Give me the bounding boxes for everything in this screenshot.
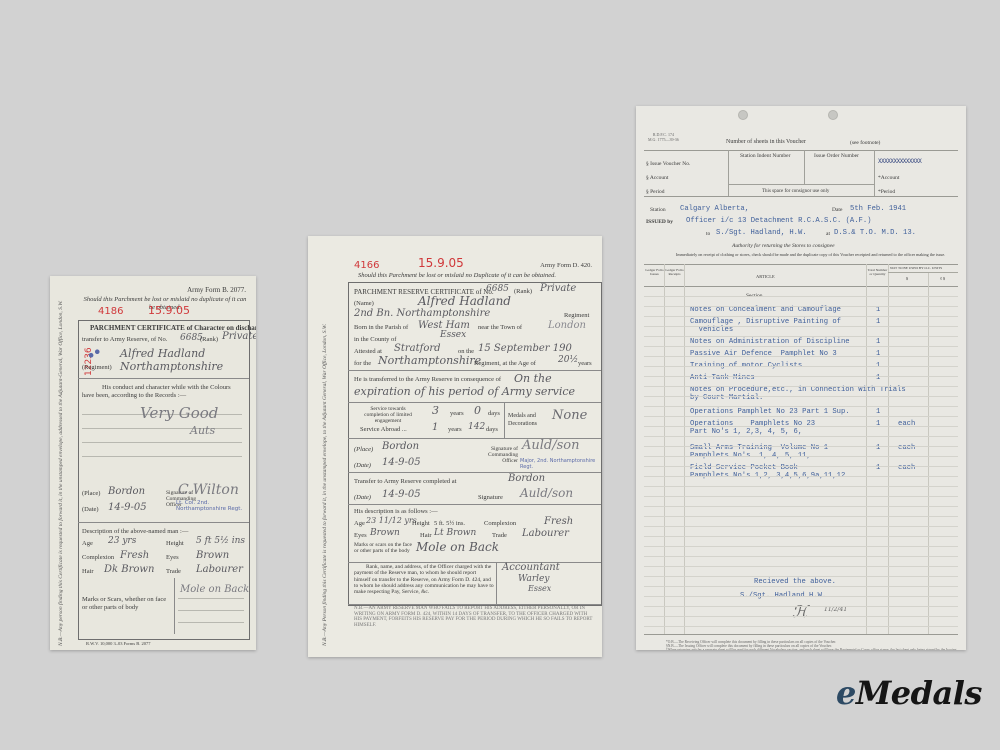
divider — [728, 150, 729, 196]
transfer-signature: Auld/son — [520, 486, 573, 500]
rule — [644, 466, 958, 467]
divider — [804, 150, 805, 184]
date-value: 14-9-05 — [382, 457, 421, 468]
article-quantity: 1 — [876, 408, 880, 416]
top-note: Should this Parchment be lost or mislaid… — [358, 272, 556, 280]
complexion-value: Fresh — [120, 550, 149, 561]
place-value: Bordon — [382, 441, 419, 452]
issued-by-label: ISSUED by — [646, 218, 673, 226]
signature-date: 11/2/41 — [824, 606, 847, 613]
rule — [644, 506, 958, 507]
service-days: 0 — [474, 404, 481, 417]
regiment-label: Regiment — [564, 312, 589, 320]
rule — [644, 476, 958, 477]
regiment-label: (Regiment) — [82, 364, 112, 372]
rule — [644, 356, 958, 357]
abroad-label: Service Abroad ... — [360, 426, 407, 434]
subcol-dollars: $ — [906, 276, 908, 281]
received-text: Recieved the above. — [754, 578, 836, 586]
marks-value: Mole on Back — [180, 584, 249, 595]
conduct-value: Very Good — [140, 404, 218, 422]
age-value: 23 yrs — [108, 536, 136, 546]
red-date: 15.9.05 — [148, 304, 190, 317]
authority-label: Authority for returning the Stores to co… — [732, 242, 835, 250]
col-header-quantity: Total Number or Quantity — [867, 268, 888, 276]
name-label: (Name) — [354, 300, 374, 308]
period-label: § Period — [646, 188, 665, 196]
date-label: (Date) — [354, 462, 371, 470]
trade-value: Labourer — [522, 528, 569, 539]
transfer-label: transfer to Army Reserve, of No. — [82, 336, 167, 344]
rule — [644, 326, 958, 327]
trade-value: Labourer — [196, 564, 243, 575]
co-label: Signature of Commanding Officer — [478, 446, 518, 464]
hair-value: Dk Brown — [104, 564, 154, 575]
rule — [644, 296, 958, 297]
service-label: Service towards completion of limited en… — [358, 406, 418, 424]
marks-label: Marks or scars on the face or other part… — [354, 542, 412, 554]
county-value: Essex — [440, 330, 466, 340]
age-label: Age — [82, 540, 93, 548]
col-header-not-used: NOT TO BE USED BY O.C. UNITS — [890, 266, 942, 270]
rule — [644, 426, 958, 427]
rule — [644, 396, 958, 397]
town-value: London — [548, 320, 586, 331]
rule — [644, 306, 958, 307]
account-label: § Account — [646, 174, 668, 182]
form-ref-line: M.G. 1775—39-36 — [648, 137, 679, 142]
rank-label: (Rank) — [514, 288, 532, 296]
regiment-value: Northamptonshire — [120, 360, 223, 373]
emedals-logo: eMedals — [836, 674, 982, 712]
to-value: S./Sgt. Hadland, H.W. — [716, 229, 807, 237]
co-signature: Auld/son — [522, 438, 580, 453]
service-years: 3 — [432, 404, 439, 417]
years-label: years — [578, 360, 592, 368]
officer-value-place: Warley — [518, 574, 549, 584]
medals-label: Medals and Decorations — [508, 412, 542, 428]
right-period-label: *Period — [878, 188, 895, 196]
transfer-place: Bordon — [508, 473, 545, 484]
rule — [644, 446, 958, 447]
right-account-label: *Account — [878, 174, 899, 182]
rule — [82, 442, 242, 443]
divider — [348, 562, 601, 563]
days-word: days — [488, 410, 500, 418]
medals-value: None — [552, 408, 587, 423]
col-line — [866, 264, 867, 634]
red-number: 4166 — [354, 260, 379, 271]
rule — [178, 610, 244, 611]
rule — [644, 366, 958, 367]
footnote-line: ‡When returning articles a separate shee… — [646, 648, 958, 650]
rule — [644, 596, 958, 597]
description-header: His description is as follows :— — [354, 508, 438, 516]
col-line — [684, 264, 685, 634]
divider — [348, 472, 601, 473]
attest-age-value: 20½ — [558, 355, 578, 365]
rule — [644, 536, 958, 537]
for-regiment: Northamptonshire — [378, 354, 481, 367]
footnote-ref: (see footnote) — [850, 139, 880, 147]
signature-label: Signature — [478, 494, 503, 502]
transfer-done-label: Transfer to Army Reserve completed at — [354, 478, 456, 486]
county-label: in the County of — [354, 336, 396, 344]
rule — [644, 416, 958, 417]
rule — [644, 576, 958, 577]
divider — [348, 370, 601, 371]
rule — [644, 566, 958, 567]
rule — [644, 456, 958, 457]
divider — [728, 184, 874, 185]
rule — [644, 496, 958, 497]
date-label: (Date) — [82, 506, 99, 514]
rule — [644, 406, 958, 407]
station-indent-label: Station Indent Number — [740, 152, 790, 160]
rank-label: (Rank) — [200, 336, 218, 344]
height-label: Height — [166, 540, 184, 548]
rule — [644, 376, 958, 377]
instruction-text: Immediately on receipt of clothing or st… — [646, 252, 956, 257]
divider — [348, 402, 601, 403]
attested-date: 15 September 190 — [478, 343, 572, 354]
rule — [644, 526, 958, 527]
transfer-date-label: (Date) — [354, 494, 371, 502]
red-date: 15.9.05 — [418, 256, 464, 270]
red-number: 4186 — [98, 306, 123, 317]
rank-value: Private — [540, 283, 576, 294]
form-number: Army Form B. 2077. — [187, 286, 246, 294]
years-word: years — [450, 410, 464, 418]
conduct-initials: Auts — [190, 424, 215, 437]
attest-age-label: Regiment, at the Age of — [474, 360, 536, 368]
printer-line: R.W.V. 10,000 3–03 Forms B. 2077 — [86, 640, 151, 648]
for-label: for the — [354, 360, 371, 368]
conduct-text: His conduct and character while with the… — [82, 384, 244, 400]
abroad-years: 1 — [432, 422, 438, 433]
hair-label: Hair — [420, 532, 432, 540]
date-label: Date — [832, 206, 842, 214]
article-name: Notes on Concealment and Camouflage — [690, 306, 841, 314]
place-value: Bordon — [108, 486, 145, 497]
article-name: Operations Pamphlets No 23 Part No's 1, … — [690, 420, 815, 436]
days-word: days — [486, 426, 498, 434]
col-line — [888, 264, 889, 634]
age-value: 23 11/12 yrs — [366, 516, 417, 525]
transfer-reason: On the expiration of his period of Army … — [354, 372, 594, 398]
hair-value: Lt Brown — [434, 528, 476, 538]
rule — [644, 586, 958, 587]
issue-order-label: Issue Order Number — [814, 152, 859, 160]
description-header: Description of the above-named man :— — [82, 528, 188, 536]
eyes-label: Eyes — [166, 554, 179, 562]
years-word: years — [448, 426, 462, 434]
rule — [644, 486, 958, 487]
complexion-value: Fresh — [544, 516, 573, 527]
rule — [82, 428, 242, 429]
article-quantity: 1 — [876, 318, 880, 326]
battalion-value: 2nd Bn. Northamptonshire — [354, 308, 490, 319]
rule — [82, 456, 242, 457]
table-top — [644, 264, 958, 265]
hair-label: Hair — [82, 568, 94, 576]
parchment-certificate-character: Army Form B. 2077. Should this Parchment… — [50, 276, 256, 650]
logo-prefix: e — [836, 674, 856, 712]
height-label: Height — [412, 520, 430, 528]
height-value: 5 ft. 5½ ins. — [434, 520, 465, 528]
col-line — [664, 264, 665, 634]
complexion-label: Complexion — [484, 520, 516, 528]
town-label: near the Town of — [478, 324, 522, 332]
divider — [174, 578, 175, 634]
rule — [644, 316, 958, 317]
marks-value: Mole on Back — [416, 540, 499, 554]
co-stamp: Lt. Col. 2nd. Northamptonshire Regt. — [176, 500, 256, 512]
rule — [644, 616, 958, 617]
table-header-bottom — [644, 286, 958, 287]
article-name: Operations Pamphlet No 23 Part 1 Sup. — [690, 408, 850, 416]
soldier-number: 6685 — [486, 284, 509, 294]
rule — [644, 346, 958, 347]
station-label: Station — [650, 206, 666, 214]
rank-value: Private — [222, 331, 256, 342]
rule — [644, 556, 958, 557]
trade-label: Trade — [166, 568, 181, 576]
officer-text: Rank, name, and address, of the Officer … — [354, 564, 494, 595]
subheader-line — [888, 272, 958, 273]
sheets-label: Number of sheets in this Voucher — [726, 138, 806, 146]
co-stamp: Major, 2nd. Northamptonshire Regt. — [520, 458, 602, 470]
article-quantity: 1 — [876, 338, 880, 346]
subcol-cents: ¢ $ — [940, 276, 945, 281]
divider — [78, 378, 249, 379]
divider — [348, 504, 601, 505]
attested-value: Stratford — [394, 343, 441, 354]
divider — [504, 402, 505, 438]
col-header-ledger-issues: Ledger Folio Issues — [645, 268, 664, 276]
born-label: Born in the Parish of — [354, 324, 408, 332]
marks-label: Marks or Scars, whether on face or other… — [82, 596, 172, 612]
side-note: N.B.—Any Person finding this Certificate… — [322, 266, 328, 646]
col-header-article: ARTICLE — [756, 274, 775, 279]
date-value: 14-9-05 — [108, 502, 147, 513]
complexion-label: Complexion — [82, 554, 114, 562]
trade-label: Trade — [492, 532, 507, 540]
article-name: Notes on Administration of Discipline — [690, 338, 850, 346]
form-reference: R.D.F.C. 174 M.G. 1775—39-36 — [648, 132, 679, 142]
soldier-name: Alfred Hadland — [120, 347, 205, 360]
article-quantity: 1 — [876, 306, 880, 314]
table-bottom — [644, 634, 958, 635]
receiver-signature: ℋ — [792, 602, 808, 621]
station-value: Calgary Alberta, — [680, 205, 749, 213]
issue-voucher: R.D.F.C. 174 M.G. 1775—39-36 Number of s… — [636, 106, 966, 650]
at-label: at — [826, 230, 830, 238]
divider — [496, 562, 497, 604]
rule — [644, 516, 958, 517]
age-label: Age — [354, 520, 365, 528]
footnotes: *O.B.—The Receiving Officer will complet… — [646, 640, 958, 650]
eyes-value: Brown — [370, 528, 400, 538]
side-note: N.B.—Any person finding this Certificate… — [58, 306, 64, 646]
eyes-label: Eyes — [354, 532, 367, 540]
punch-hole — [828, 110, 838, 120]
article-name: Notes on Procedure,etc., in Connection W… — [690, 386, 906, 402]
co-signature: C.Wilton — [178, 482, 239, 498]
transfer-date: 14-9-05 — [382, 489, 421, 500]
height-value: 5 ft 5½ ins — [196, 536, 245, 546]
place-label: (Place) — [82, 490, 100, 498]
officer-value-county: Essex — [528, 584, 551, 593]
officer-value-rank: Accountant — [502, 562, 560, 573]
soldier-name: Alfred Hadland — [418, 294, 511, 308]
col-header-ledger-receipts: Ledger Folio Receipts — [665, 268, 684, 276]
divider — [874, 150, 875, 196]
issue-voucher-label: § Issue Voucher No. — [646, 160, 690, 168]
punch-hole — [738, 110, 748, 120]
nb-text: N.B.—AN ARMY RESERVE MAN WHO FAILS TO RE… — [354, 606, 594, 628]
place-label: (Place) — [354, 446, 373, 454]
eyes-value: Brown — [196, 550, 229, 561]
logo-name: Medals — [856, 674, 982, 712]
rule — [178, 622, 244, 623]
struck-out-voucher: XXXXXXXXXXXXXX — [878, 158, 921, 166]
rule — [644, 436, 958, 437]
to-label: to — [706, 230, 710, 238]
at-value: D.S.& T.O. M.D. 13. — [834, 229, 916, 237]
rule — [644, 336, 958, 337]
consignor-note: This space for consignor use only — [762, 188, 829, 196]
divider — [78, 522, 249, 523]
rule — [178, 598, 244, 599]
parchment-reserve-certificate: 4166 15.9.05 Army Form D. 420. Should th… — [308, 236, 602, 657]
rule — [644, 386, 958, 387]
abroad-days: 142 — [468, 422, 485, 432]
form-number: Army Form D. 420. — [540, 262, 592, 270]
rule — [644, 626, 958, 627]
issued-by-value: Officer i/c 13 Detachment R.C.A.S.C. (A.… — [686, 217, 871, 225]
divider — [348, 604, 601, 605]
divider — [644, 196, 958, 197]
rule — [644, 606, 958, 607]
divider — [644, 150, 958, 151]
date-value: 5th Feb. 1941 — [850, 205, 906, 213]
rule — [644, 546, 958, 547]
